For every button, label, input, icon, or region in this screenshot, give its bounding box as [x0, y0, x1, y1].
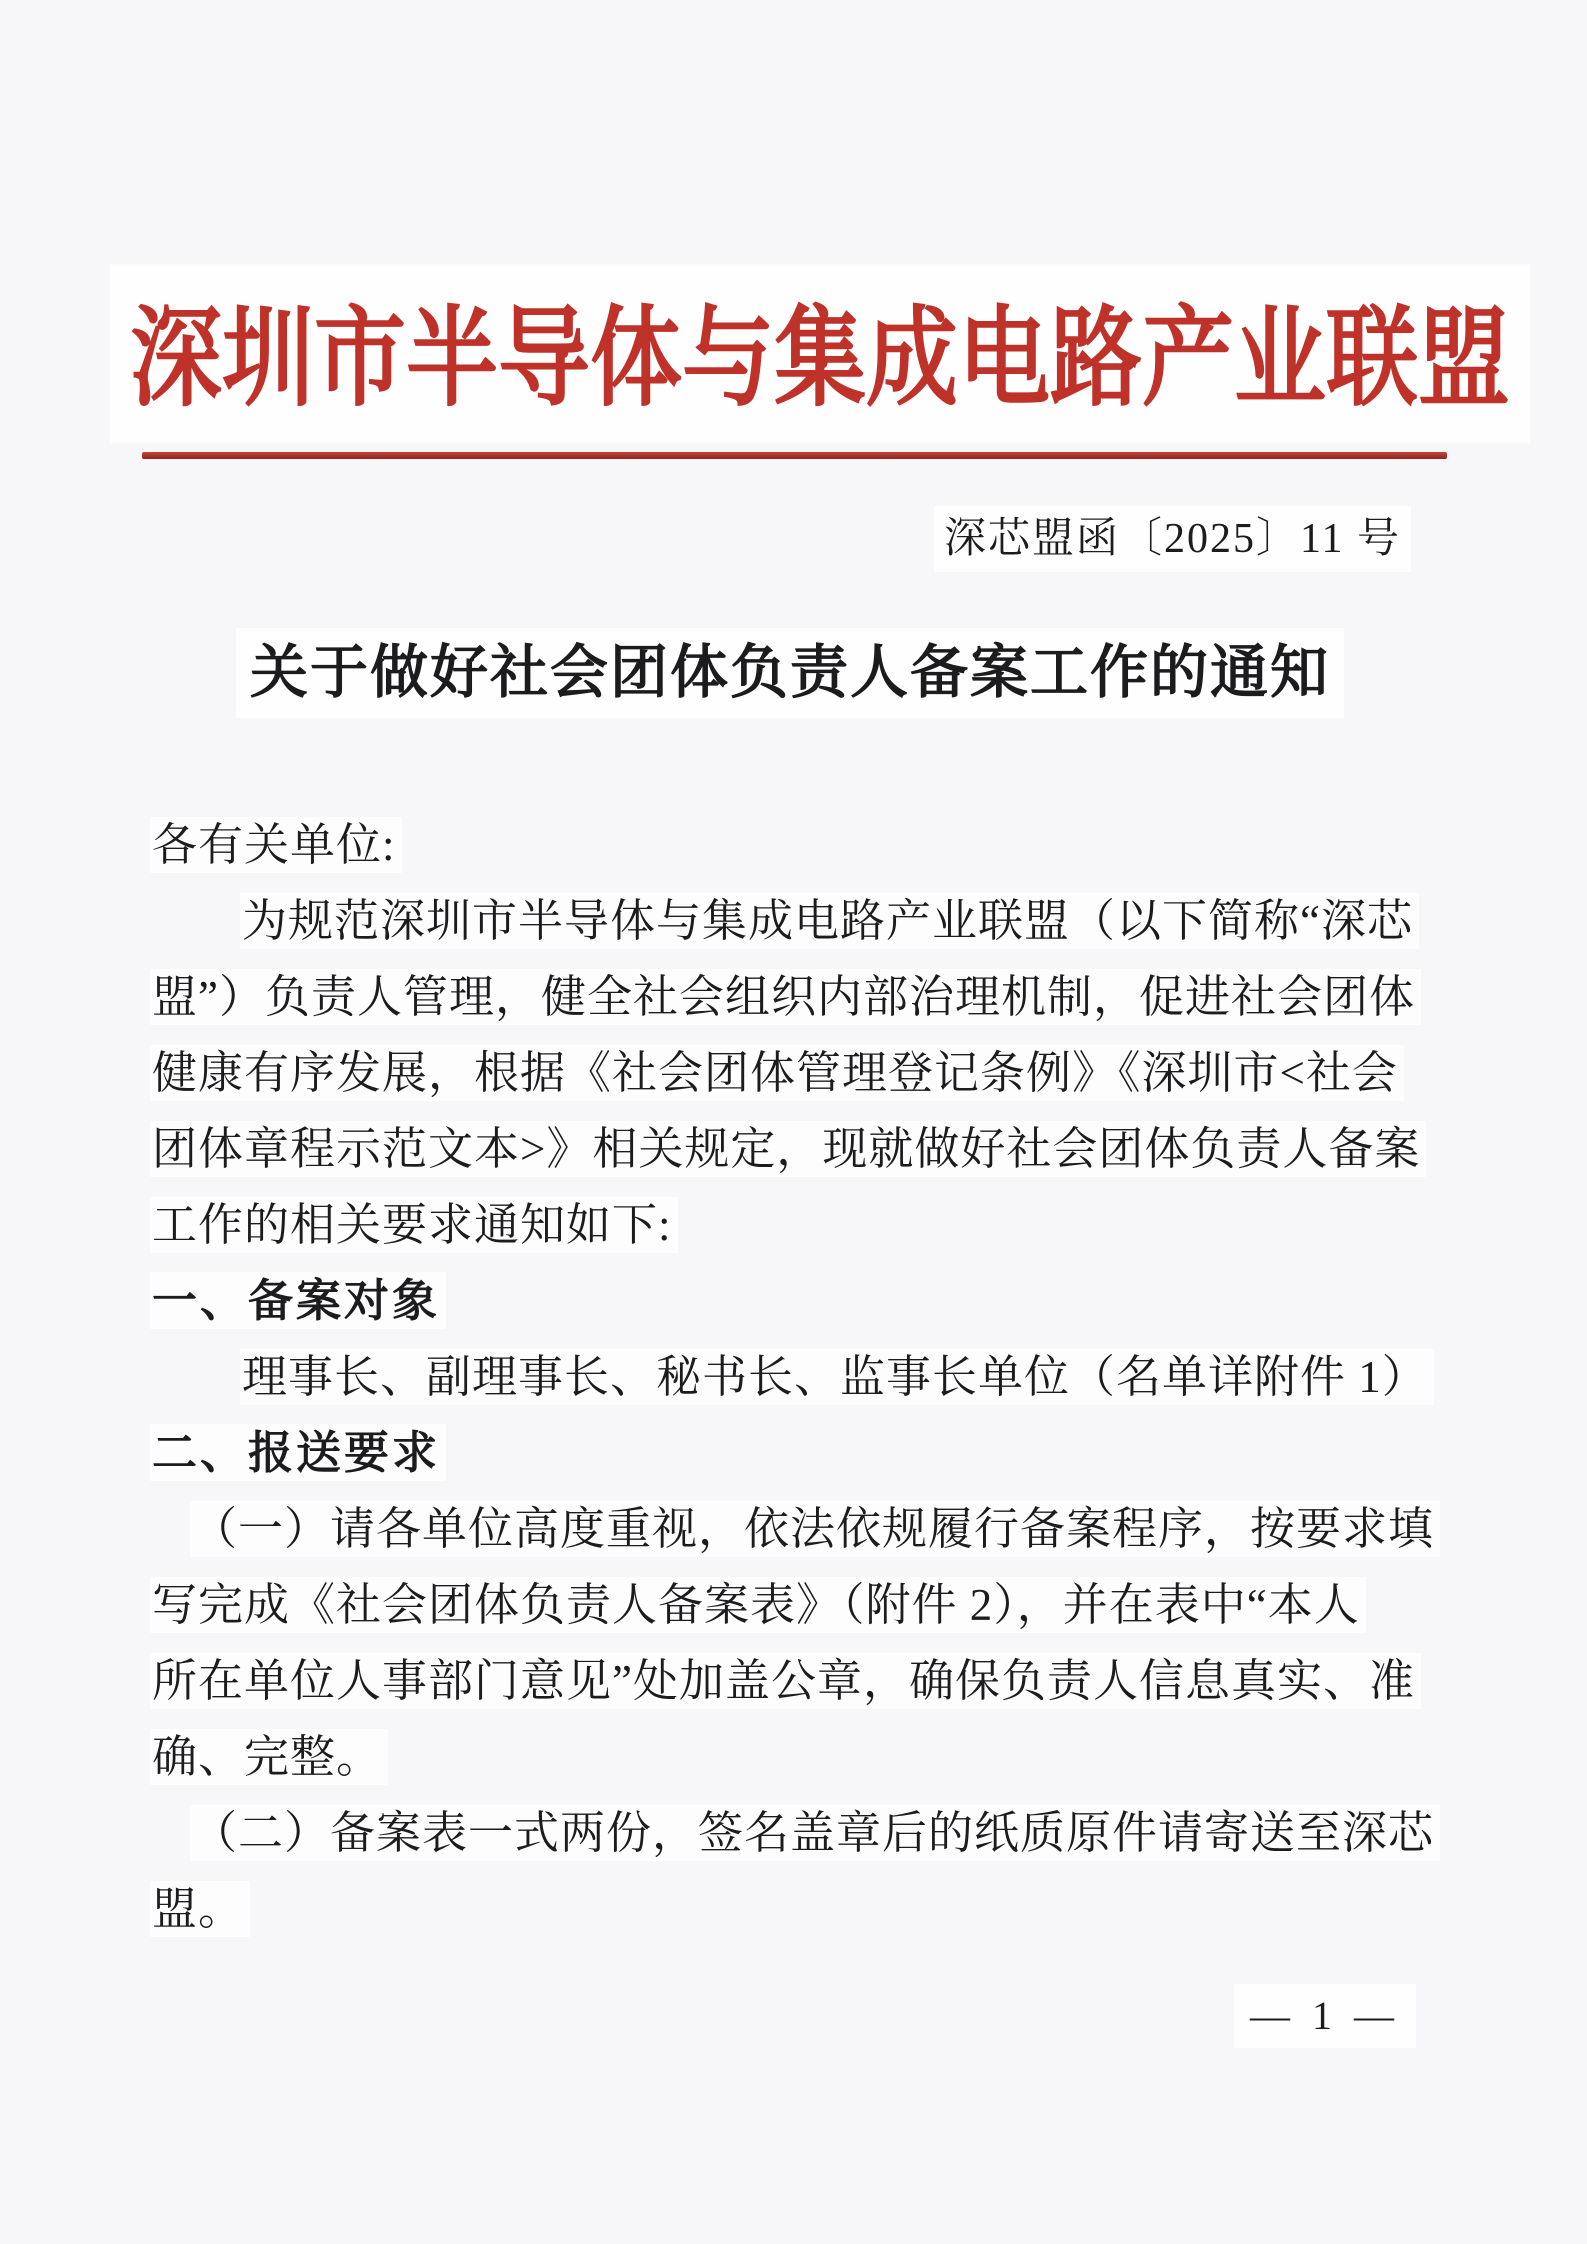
scanned-notice-document: { "document": { "letterhead": { "title":… [0, 0, 1587, 2244]
intro-line-text: 为规范深圳市半导体与集成电路产业联盟（以下简称“深芯 [240, 893, 1419, 949]
page-number: — 1 — [1234, 1984, 1416, 2048]
item-1-line: （一）请各单位高度重视，依法依规履行备案程序，按要求填 [150, 1491, 1450, 1567]
intro-line-text: 团体章程示范文本>》相关规定，现就做好社会团体负责人备案 [150, 1121, 1426, 1177]
letterhead-title: 深圳市半导体与集成电路产业联盟 [110, 264, 1530, 443]
item-1-line-text: 确、完整。 [150, 1729, 388, 1785]
section-1-heading-text: 一、备案对象 [150, 1272, 446, 1329]
notice-body: 各有关单位: 为规范深圳市半导体与集成电路产业联盟（以下简称“深芯 盟”）负责人… [150, 807, 1450, 1947]
item-1-line: 确、完整。 [150, 1719, 1450, 1795]
intro-line: 健康有序发展，根据《社会团体管理登记条例》《深圳市<社会 [150, 1035, 1450, 1111]
letterhead-divider-line [142, 452, 1447, 459]
salutation-line: 各有关单位: [150, 807, 1450, 883]
item-1-line-text: （一）请各单位高度重视，依法依规履行备案程序，按要求填 [190, 1501, 1440, 1557]
item-2-line: （二）备案表一式两份，签名盖章后的纸质原件请寄送至深芯 [150, 1795, 1450, 1871]
intro-line: 团体章程示范文本>》相关规定，现就做好社会团体负责人备案 [150, 1111, 1450, 1187]
section-1-line-text: 理事长、副理事长、秘书长、监事长单位（名单详附件 1） [240, 1349, 1434, 1405]
section-1-line: 理事长、副理事长、秘书长、监事长单位（名单详附件 1） [150, 1339, 1450, 1415]
item-1-line: 所在单位人事部门意见”处加盖公章，确保负责人信息真实、准 [150, 1643, 1450, 1719]
document-number: 深芯盟函〔2025〕11 号 [934, 506, 1411, 572]
intro-line: 为规范深圳市半导体与集成电路产业联盟（以下简称“深芯 [150, 883, 1450, 959]
intro-line-text: 工作的相关要求通知如下: [150, 1197, 678, 1253]
item-2-line: 盟。 [150, 1871, 1450, 1947]
item-2-line-text: 盟。 [150, 1881, 250, 1937]
intro-line-text: 盟”）负责人管理，健全社会组织内部治理机制，促进社会团体 [150, 969, 1421, 1025]
item-1-line-text: 所在单位人事部门意见”处加盖公章，确保负责人信息真实、准 [150, 1653, 1421, 1709]
section-2-heading: 二、报送要求 [150, 1415, 1450, 1491]
salutation: 各有关单位: [150, 817, 402, 873]
item-1-line: 写完成《社会团体负责人备案表》（附件 2），并在表中“本人 [150, 1567, 1450, 1643]
intro-line-text: 健康有序发展，根据《社会团体管理登记条例》《深圳市<社会 [150, 1045, 1404, 1101]
letterhead: 深圳市半导体与集成电路产业联盟 [110, 278, 1470, 430]
notice-title-row: 关于做好社会团体负责人备案工作的通知 [110, 628, 1470, 718]
intro-line: 盟”）负责人管理，健全社会组织内部治理机制，促进社会团体 [150, 959, 1450, 1035]
section-1-heading: 一、备案对象 [150, 1263, 1450, 1339]
notice-title: 关于做好社会团体负责人备案工作的通知 [236, 628, 1344, 718]
section-2-heading-text: 二、报送要求 [150, 1424, 446, 1481]
intro-line: 工作的相关要求通知如下: [150, 1187, 1450, 1263]
item-2-line-text: （二）备案表一式两份，签名盖章后的纸质原件请寄送至深芯 [190, 1805, 1440, 1861]
item-1-line-text: 写完成《社会团体负责人备案表》（附件 2），并在表中“本人 [150, 1577, 1366, 1633]
